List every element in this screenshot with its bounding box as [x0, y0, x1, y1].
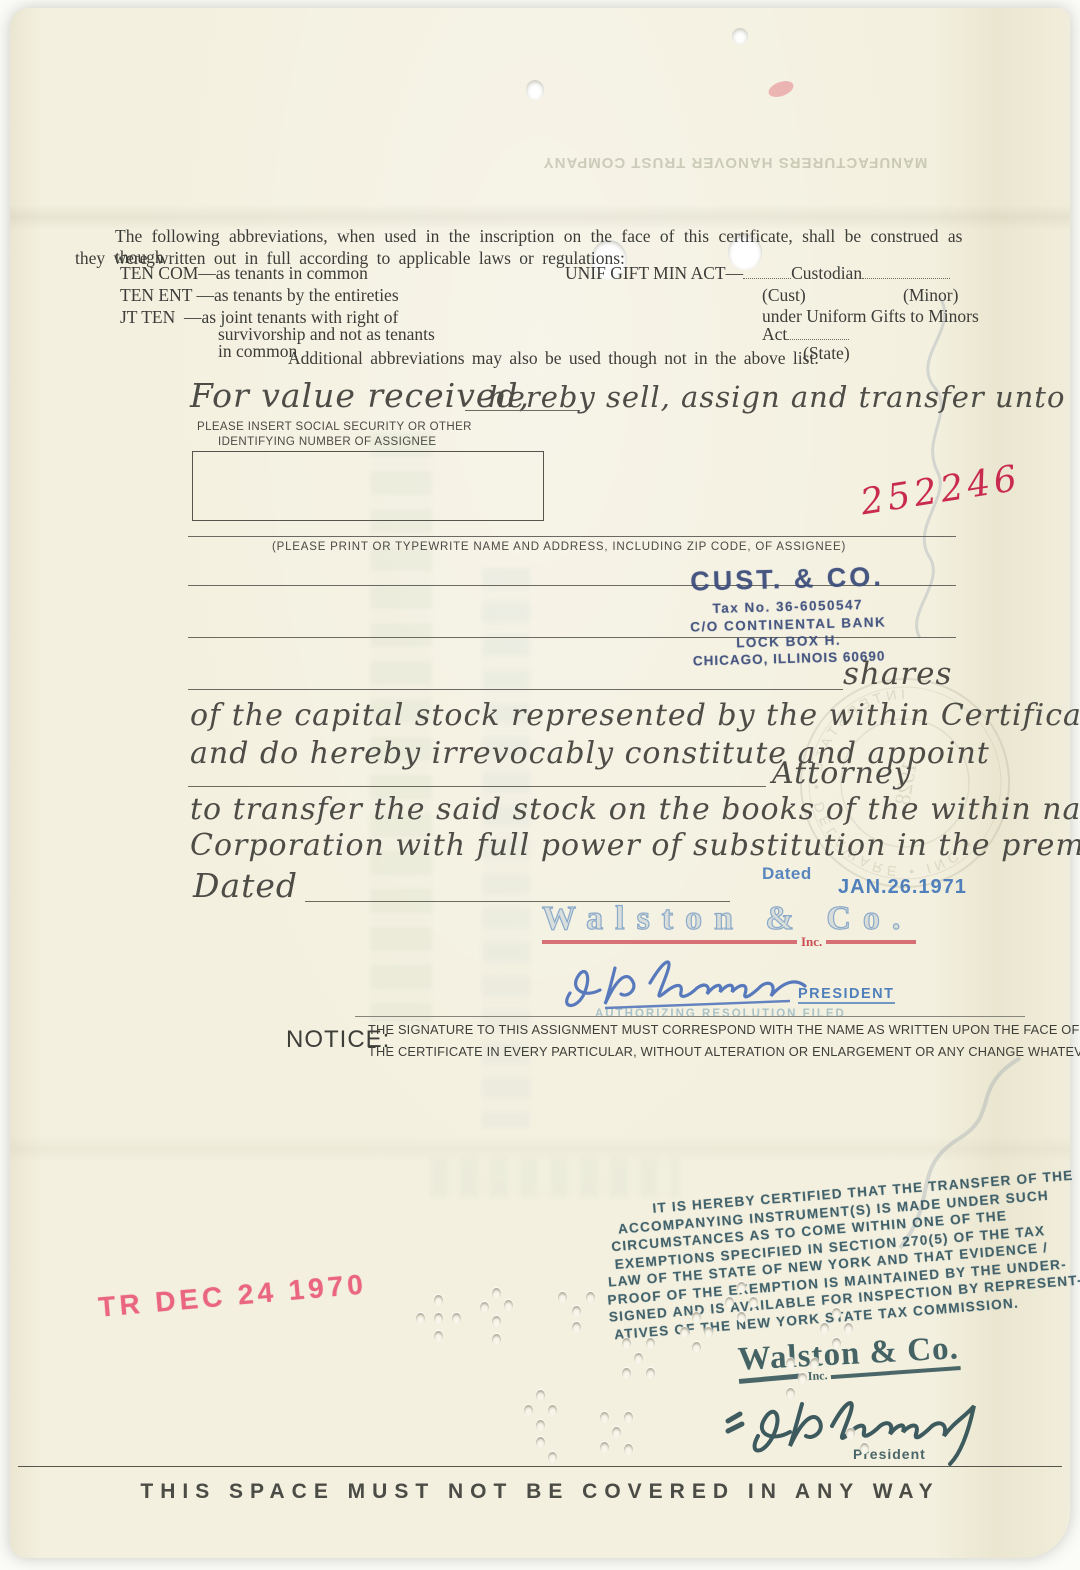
notice-line1: THE SIGNATURE TO THIS ASSIGNMENT MUST CO…	[368, 1022, 1079, 1037]
perforation-hole	[480, 1302, 489, 1313]
perforation-hole	[786, 1358, 795, 1369]
abbreviations-footer: Additional abbreviations may also be use…	[288, 348, 819, 369]
assignee-line	[188, 536, 956, 537]
perforation-hole	[600, 1412, 609, 1423]
cust-and-co-stamp: CUST. & CO. Tax No. 36-6050547 C/O CONTI…	[689, 561, 888, 668]
perforation-hole	[624, 1444, 633, 1455]
perforation-hole	[492, 1316, 501, 1327]
date-stamp-value: JAN.26.1971	[838, 876, 967, 899]
perforation-hole	[492, 1288, 501, 1299]
transfer-line1: to transfer the said stock on the books …	[190, 792, 1080, 827]
perforation-hole	[749, 1297, 758, 1308]
perforation-hole	[572, 1322, 581, 1333]
perforation-hole	[536, 1390, 545, 1401]
perforation-hole	[600, 1442, 609, 1453]
perforation-hole	[548, 1452, 557, 1463]
notice-divider	[355, 1016, 1025, 1017]
ssn-label-line2: IDENTIFYING NUMBER OF ASSIGNEE	[218, 436, 436, 448]
print-instruction: (PLEASE PRINT OR TYPEWRITE NAME AND ADDR…	[272, 541, 846, 553]
perforation-hole	[860, 1443, 869, 1454]
pink-smudge	[766, 78, 795, 100]
abbrev-ten-com: TEN COM—as tenants in common	[120, 263, 368, 284]
abbrev-unif-gift: UNIF GIFT MIN ACT—Custodian	[565, 263, 950, 284]
perforation-hole	[536, 1437, 545, 1448]
perforation-hole	[737, 1282, 746, 1293]
perforation-hole	[434, 1331, 443, 1342]
abbrev-jt-ten-line3: in common	[218, 341, 297, 362]
cust-stamp-name: CUST. & CO.	[689, 561, 886, 597]
perforation-hole	[646, 1368, 655, 1379]
perforation-hole	[832, 1338, 841, 1349]
perforation-hole	[725, 1297, 734, 1308]
bottom-notice-text: THIS SPACE MUST NOT BE COVERED IN ANY WA…	[10, 1480, 1070, 1504]
abbrev-ten-ent: TEN ENT —as tenants by the entireties	[120, 285, 399, 306]
perforation-hole	[434, 1313, 443, 1324]
perforation-hole	[622, 1368, 631, 1379]
perforation-hole	[524, 1405, 533, 1416]
walston-top-underline	[826, 940, 916, 944]
perforation-hole	[692, 1342, 701, 1353]
attorney-word: Attorney	[772, 756, 912, 791]
red-transfer-date-stamp: TR DEC 24 1970	[97, 1268, 368, 1323]
dated-stamp-word: Dated	[762, 864, 812, 884]
perforation-hole	[434, 1295, 443, 1306]
showthrough-band	[430, 1158, 680, 1198]
perforation-hole	[416, 1313, 425, 1324]
scanned-stock-certificate-back: MANUFACTURERS HANOVER TRUST COMPANY INTE…	[0, 0, 1080, 1570]
perforation-hole	[612, 1427, 621, 1438]
transfer-line2: Corporation with full power of substitut…	[190, 828, 1080, 863]
ssn-label-line1: PLEASE INSERT SOCIAL SECURITY OR OTHER	[197, 421, 472, 433]
bottom-divider	[18, 1466, 1062, 1467]
ssn-entry-box[interactable]	[192, 451, 544, 521]
perforation-hole	[634, 1353, 643, 1364]
assignee-line	[188, 689, 843, 690]
perforation-hole	[646, 1338, 655, 1349]
perforation-hole	[504, 1300, 513, 1311]
perforation-hole	[810, 1358, 819, 1369]
perforation-hole	[846, 1428, 855, 1439]
perforation-hole	[737, 1312, 746, 1323]
abbrev-minor-label: (Minor)	[903, 285, 958, 306]
dated-script-word: Dated	[193, 866, 298, 905]
perforation-hole	[798, 1373, 807, 1384]
notice-line2: THE CERTIFICATE IN EVERY PARTICULAR, WIT…	[368, 1044, 1080, 1059]
perforation-hole	[680, 1327, 689, 1338]
abbrev-act: Act	[762, 324, 849, 345]
authorizing-resolution-stamp: AUTHORIZING RESOLUTION FILED	[595, 1008, 846, 1020]
cust-stamp-taxno: Tax No. 36-6050547	[690, 596, 886, 616]
president-signature-top	[555, 938, 825, 1018]
perforation-hole	[692, 1312, 701, 1323]
perforation-hole	[548, 1405, 557, 1416]
perforation-hole	[586, 1292, 595, 1303]
perforation-hole	[820, 1323, 829, 1334]
perforation-hole	[558, 1292, 567, 1303]
sell-assign-text: hereby sell, assign and transfer unto	[488, 380, 1065, 414]
abbrev-cust-label: (Cust)	[762, 285, 806, 306]
capital-stock-line1: of the capital stock represented by the …	[190, 698, 1080, 733]
perforation-hole	[832, 1308, 841, 1319]
perforation-hole	[492, 1334, 501, 1345]
certificate-paper: MANUFACTURERS HANOVER TRUST COMPANY INTE…	[10, 8, 1070, 1558]
president-signature-bottom	[710, 1376, 990, 1471]
walston-top-name: Walston & Co.	[542, 900, 916, 938]
punch-hole	[732, 28, 748, 44]
perforation-hole	[572, 1306, 581, 1317]
perforation-hole	[624, 1412, 633, 1423]
president-title-stamp: PRESIDENT	[798, 986, 895, 1004]
showthrough-bank-name: MANUFACTURERS HANOVER TRUST COMPANY	[505, 154, 965, 171]
perforation-hole	[844, 1323, 853, 1334]
perforation-hole	[786, 1388, 795, 1399]
shares-word: shares	[843, 656, 952, 692]
perforation-hole	[622, 1338, 631, 1349]
perforation-hole	[704, 1327, 713, 1338]
punch-hole	[526, 80, 544, 100]
perforation-hole	[536, 1420, 545, 1431]
attorney-line	[188, 786, 766, 787]
perforation-hole	[452, 1313, 461, 1324]
